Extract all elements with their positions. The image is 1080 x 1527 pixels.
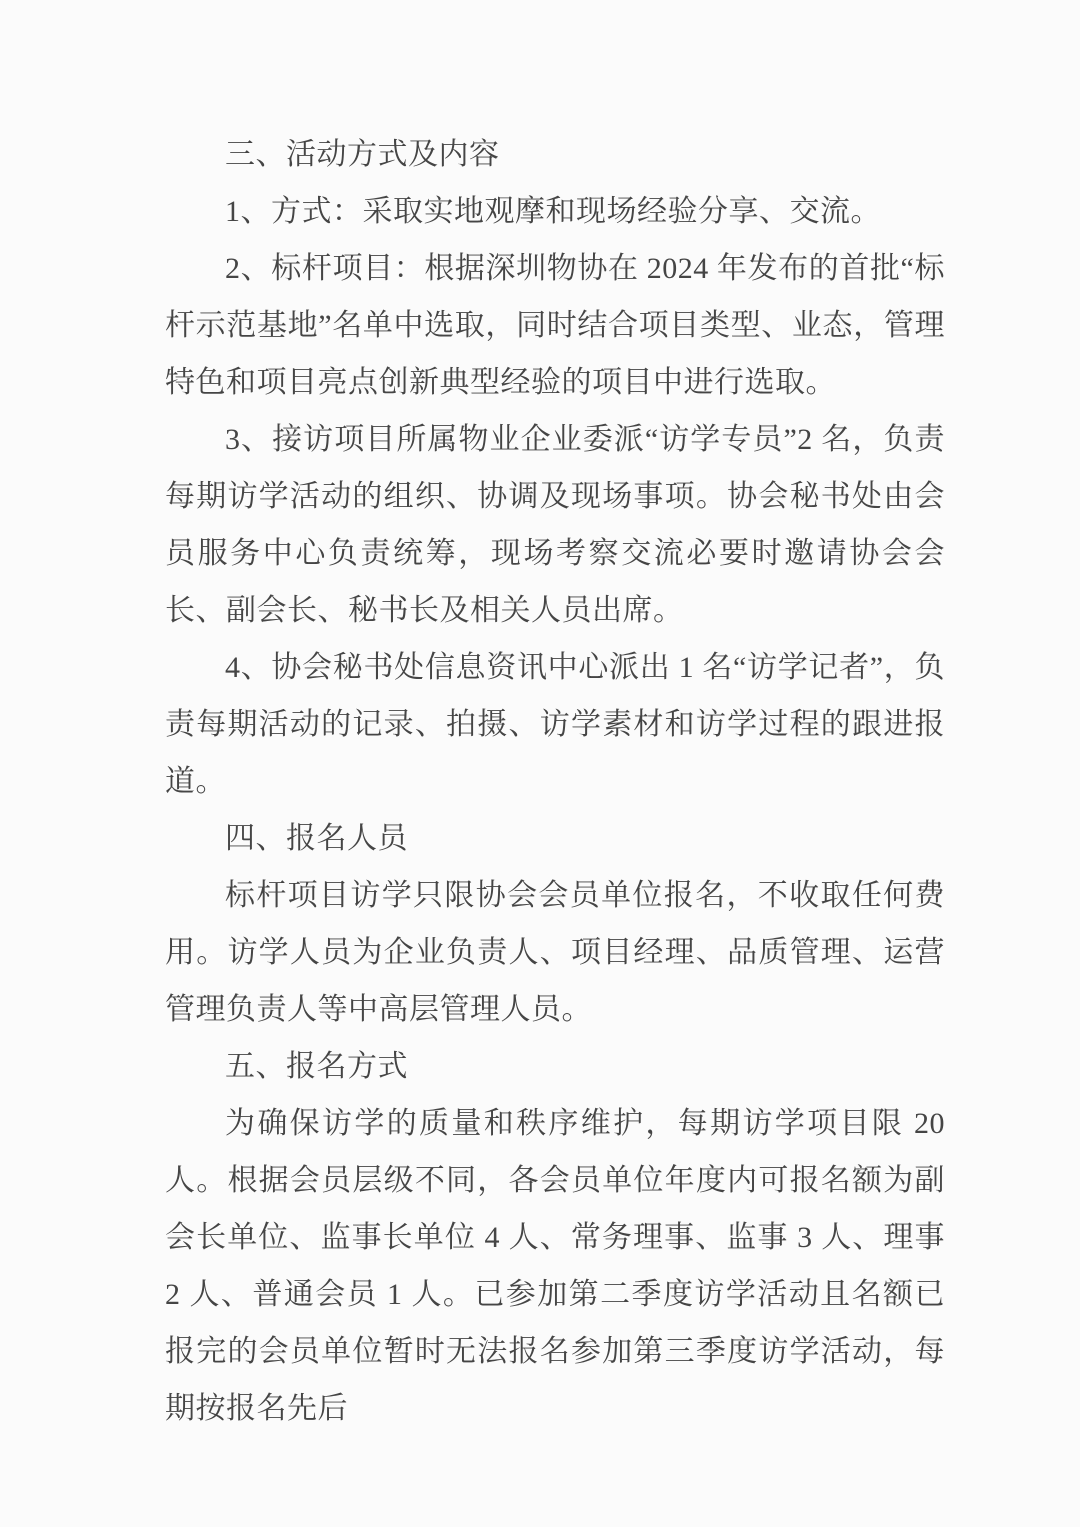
paragraph-item-2: 2、标杆项目：根据深圳物协在 2024 年发布的首批“标杆示范基地”名单中选取，… [165, 240, 945, 411]
paragraph-signup-method: 为确保访学的质量和秩序维护，每期访学项目限 20 人。根据会员层级不同，各会员单… [165, 1095, 945, 1437]
paragraph-item-1: 1、方式：采取实地观摩和现场经验分享、交流。 [165, 183, 945, 240]
section-heading-5: 五、报名方式 [165, 1038, 945, 1095]
paragraph-signup-personnel: 标杆项目访学只限协会会员单位报名，不收取任何费用。访学人员为企业负责人、项目经理… [165, 867, 945, 1038]
document-text-block: 三、活动方式及内容 1、方式：采取实地观摩和现场经验分享、交流。 2、标杆项目：… [165, 126, 945, 1437]
scanned-document-background: { "page": { "background": "#fbfbfb", "te… [0, 0, 1080, 1527]
section-heading-3: 三、活动方式及内容 [165, 126, 945, 183]
paragraph-item-4: 4、协会秘书处信息资讯中心派出 1 名“访学记者”，负责每期活动的记录、拍摄、访… [165, 639, 945, 810]
section-heading-4: 四、报名人员 [165, 810, 945, 867]
paragraph-item-3: 3、接访项目所属物业企业委派“访学专员”2 名，负责每期访学活动的组织、协调及现… [165, 411, 945, 639]
